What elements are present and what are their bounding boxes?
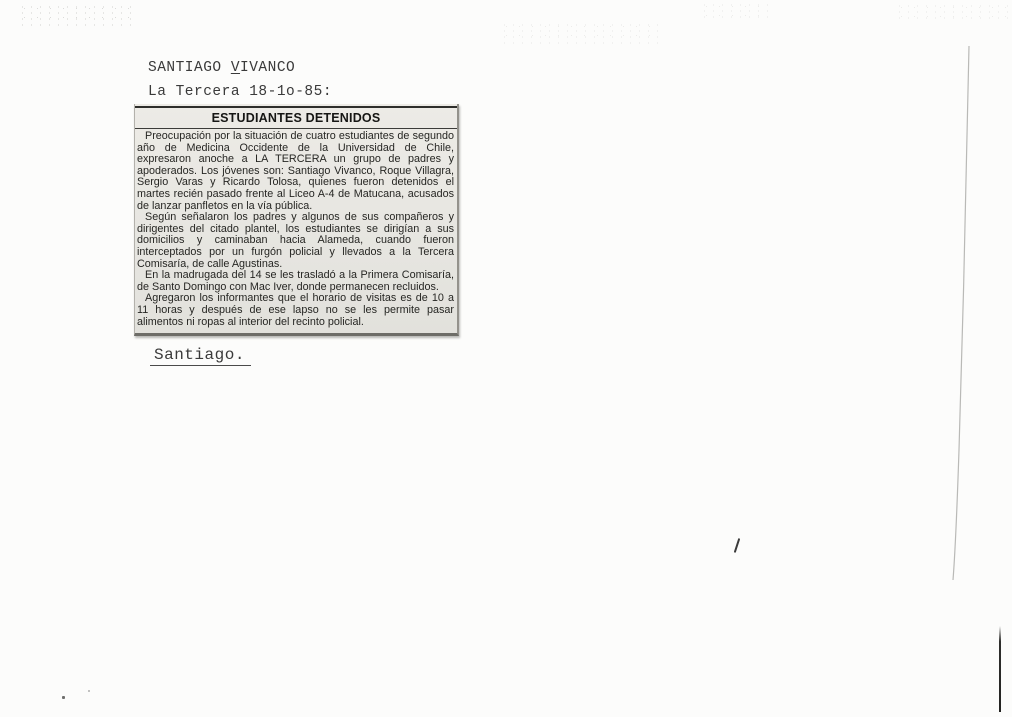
clipping-paragraph: Según señalaron los padres y algunos de … <box>137 212 454 270</box>
clipping-paragraph: Preocupación por la situación de cuatro … <box>137 131 454 212</box>
clipping-paragraph: Agregaron los informantes que el horario… <box>137 293 454 328</box>
typed-source-date-line: La Tercera 18-1o-85: <box>148 84 332 100</box>
typed-name-post: IVANCO <box>240 60 295 76</box>
clipping-headline-band: ESTUDIANTES DETENIDOS <box>135 106 457 129</box>
typed-name-underlined-char: V <box>231 60 240 76</box>
newspaper-clipping: ESTUDIANTES DETENIDOS Preocupación por l… <box>134 104 459 336</box>
clipping-body: Preocupación por la situación de cuatro … <box>135 129 457 333</box>
typed-name-pre: SANTIAGO <box>148 60 231 76</box>
clipping-headline: ESTUDIANTES DETENIDOS <box>212 111 381 125</box>
clipping-paragraph: En la madrugada del 14 se les trasladó a… <box>137 270 454 293</box>
scanned-document-page: SANTIAGO VIVANCO La Tercera 18-1o-85: ES… <box>0 0 1012 717</box>
typed-name-line: SANTIAGO VIVANCO <box>148 60 295 76</box>
typed-city-label: Santiago. <box>150 346 251 366</box>
